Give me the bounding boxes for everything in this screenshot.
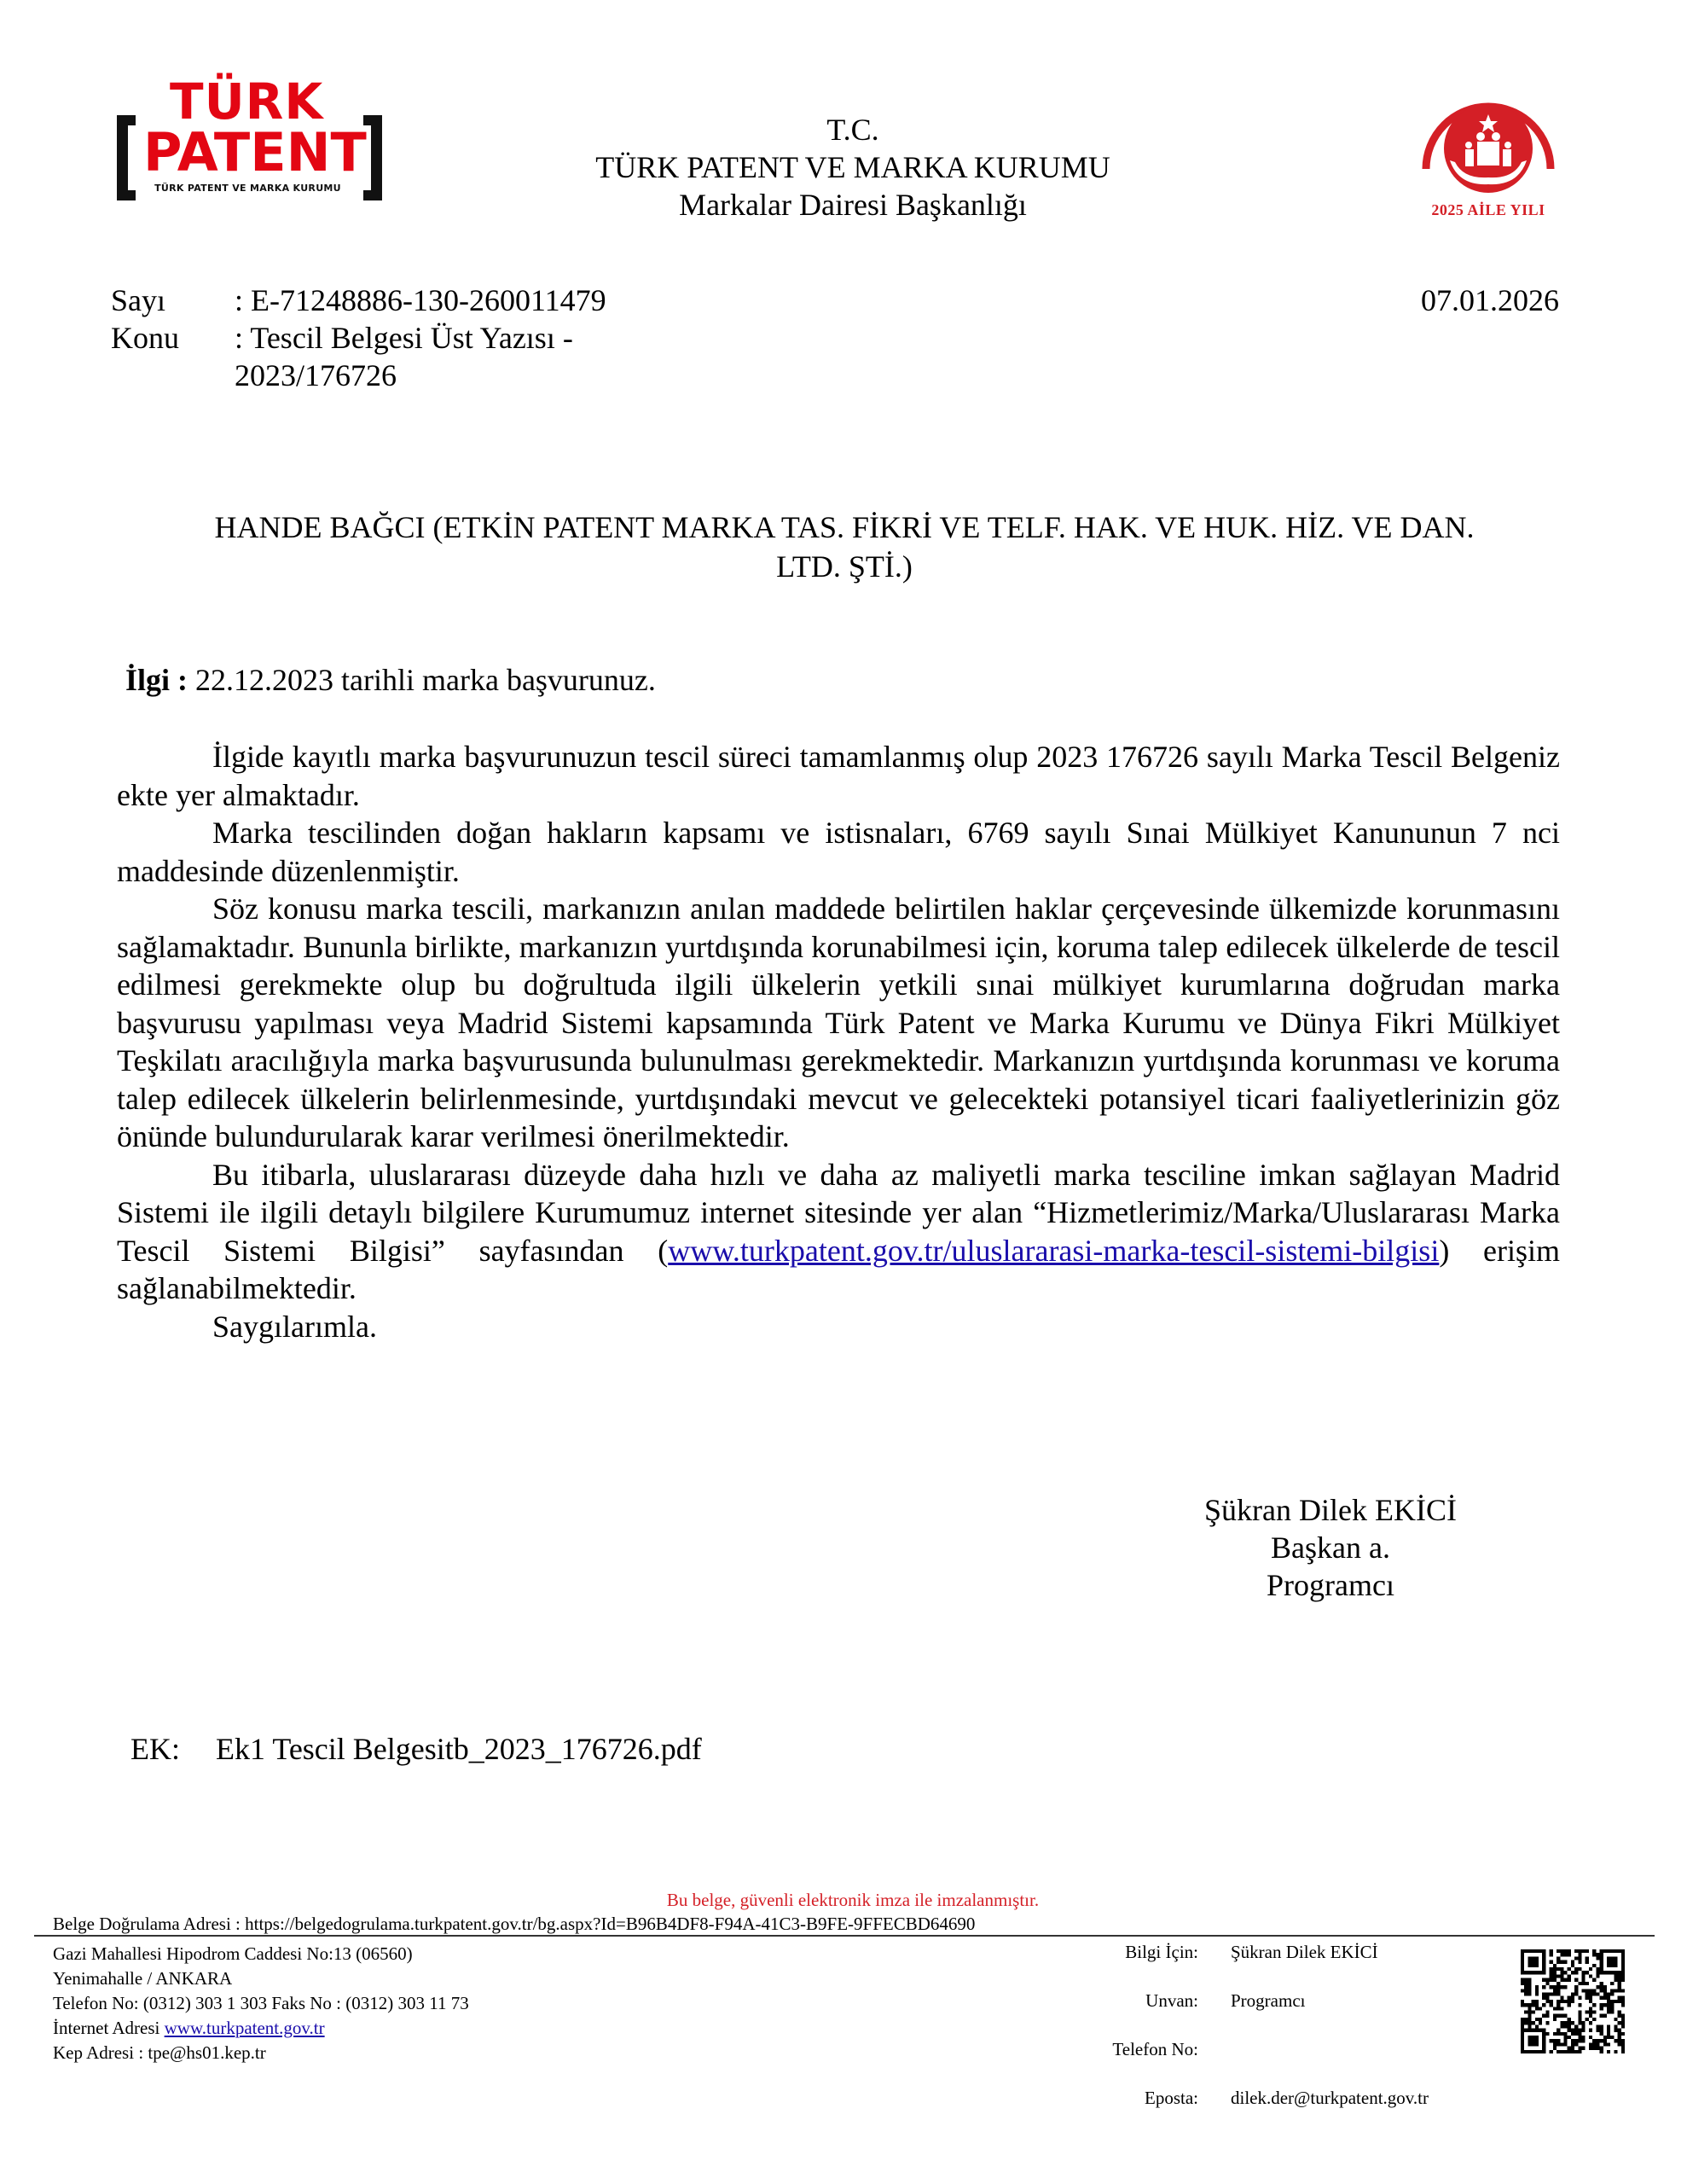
address-line1: Gazi Mahallesi Hipodrom Caddesi No:13 (0…	[53, 1942, 469, 1966]
verification-address: Belge Doğrulama Adresi : https://belgedo…	[53, 1914, 975, 1935]
contact-row-bilgi: Bilgi İçin:Şükran Dilek EKİCİ	[1023, 1942, 1501, 1963]
konu-label: Konu	[111, 319, 235, 357]
esign-notice: Bu belge, güvenli elektronik imza ile im…	[512, 1890, 1194, 1911]
attachment: EK:Ek1 Tescil Belgesitb_2023_176726.pdf	[130, 1730, 702, 1768]
letter-body: İlgide kayıtlı marka başvurunuzun tescil…	[117, 738, 1560, 1345]
konu-row: Konu : Tescil Belgesi Üst Yazısı - 2023/…	[111, 319, 573, 394]
reference-label: İlgi :	[125, 663, 188, 697]
logo-word-patent: PATENT	[143, 125, 348, 181]
konu-value-line1: : Tescil Belgesi Üst Yazısı -	[235, 319, 573, 357]
konu-value-line2: 2023/176726	[235, 357, 573, 394]
logo-tagline: TÜRK PATENT VE MARKA KURUMU	[148, 183, 348, 194]
logo-word-turk: TÜRK	[170, 75, 323, 128]
contact-value: Şükran Dilek EKİCİ	[1231, 1942, 1378, 1963]
paragraph-4: Bu itibarla, uluslararası düzeyde daha h…	[117, 1156, 1560, 1308]
contact-label: Telefon No:	[1023, 2039, 1198, 2060]
document-date: 07.01.2026	[1421, 282, 1559, 319]
header-department: Markalar Dairesi Başkanlığı	[512, 186, 1194, 224]
contact-value: Programcı	[1231, 1990, 1305, 2012]
aile-yili-caption: 2025 AİLE YILI	[1407, 201, 1569, 219]
recipient-line2: LTD. ŞTİ.)	[119, 547, 1569, 586]
address-line2: Yenimahalle / ANKARA	[53, 1966, 469, 1991]
qr-code-icon	[1521, 1949, 1625, 2053]
institution-address: Gazi Mahallesi Hipodrom Caddesi No:13 (0…	[53, 1942, 469, 2065]
family-year-emblem-icon	[1407, 84, 1569, 203]
madrid-info-link[interactable]: www.turkpatent.gov.tr/uluslararasi-marka…	[668, 1234, 1439, 1268]
contact-value: dilek.der@turkpatent.gov.tr	[1231, 2088, 1429, 2109]
turk-patent-logo: TÜRK PATENT TÜRK PATENT VE MARKA KURUMU	[113, 75, 369, 203]
kep-address: Kep Adresi : tpe@hs01.kep.tr	[53, 2041, 469, 2065]
sayi-label: Sayı	[111, 282, 235, 319]
sayi-row: Sayı: E-71248886-130-260011479	[111, 282, 606, 319]
contact-row-eposta: Eposta:dilek.der@turkpatent.gov.tr	[1023, 2088, 1501, 2109]
recipient-line1: HANDE BAĞCI (ETKİN PATENT MARKA TAS. FİK…	[119, 508, 1569, 547]
letterhead: T.C. TÜRK PATENT VE MARKA KURUMU Markala…	[512, 111, 1194, 224]
closing: Saygılarımla.	[117, 1308, 1560, 1346]
phone-fax: Telefon No: (0312) 303 1 303 Faks No : (…	[53, 1991, 469, 2016]
internet-address: İnternet Adresi www.turkpatent.gov.tr	[53, 2016, 469, 2041]
attachment-label: EK:	[130, 1730, 216, 1768]
konu-value: : Tescil Belgesi Üst Yazısı - 2023/17672…	[235, 319, 573, 394]
internet-label: İnternet Adresi	[53, 2018, 165, 2038]
recipient: HANDE BAĞCI (ETKİN PATENT MARKA TAS. FİK…	[119, 508, 1569, 586]
footer-divider	[34, 1935, 1655, 1937]
contact-row-telefon: Telefon No:	[1023, 2039, 1501, 2060]
paragraph-1: İlgide kayıtlı marka başvurunuzun tescil…	[117, 738, 1560, 814]
signer-role: Programcı	[1134, 1566, 1527, 1604]
internet-link[interactable]: www.turkpatent.gov.tr	[165, 2018, 325, 2038]
sayi-value: : E-71248886-130-260011479	[235, 282, 606, 319]
aile-yili-logo: 2025 AİLE YILI	[1407, 84, 1569, 229]
contact-label: Unvan:	[1023, 1990, 1198, 2012]
contact-label: Bilgi İçin:	[1023, 1942, 1198, 1963]
paragraph-3: Söz konusu marka tescili, markanızın anı…	[117, 890, 1560, 1156]
contact-row-unvan: Unvan:Programcı	[1023, 1990, 1501, 2012]
header-institution: TÜRK PATENT VE MARKA KURUMU	[512, 148, 1194, 186]
logo-bracket-left	[117, 115, 136, 200]
signature-block: Şükran Dilek EKİCİ Başkan a. Programcı	[1134, 1491, 1527, 1604]
header-tc: T.C.	[512, 111, 1194, 148]
attachment-file: Ek1 Tescil Belgesitb_2023_176726.pdf	[216, 1732, 702, 1766]
signer-name: Şükran Dilek EKİCİ	[1134, 1491, 1527, 1529]
reference-text: 22.12.2023 tarihli marka başvurunuz.	[188, 663, 656, 697]
contact-label: Eposta:	[1023, 2088, 1198, 2109]
signer-title: Başkan a.	[1134, 1529, 1527, 1566]
paragraph-2: Marka tescilinden doğan hakların kapsamı…	[117, 814, 1560, 890]
reference-line: İlgi : 22.12.2023 tarihli marka başvurun…	[125, 661, 656, 699]
